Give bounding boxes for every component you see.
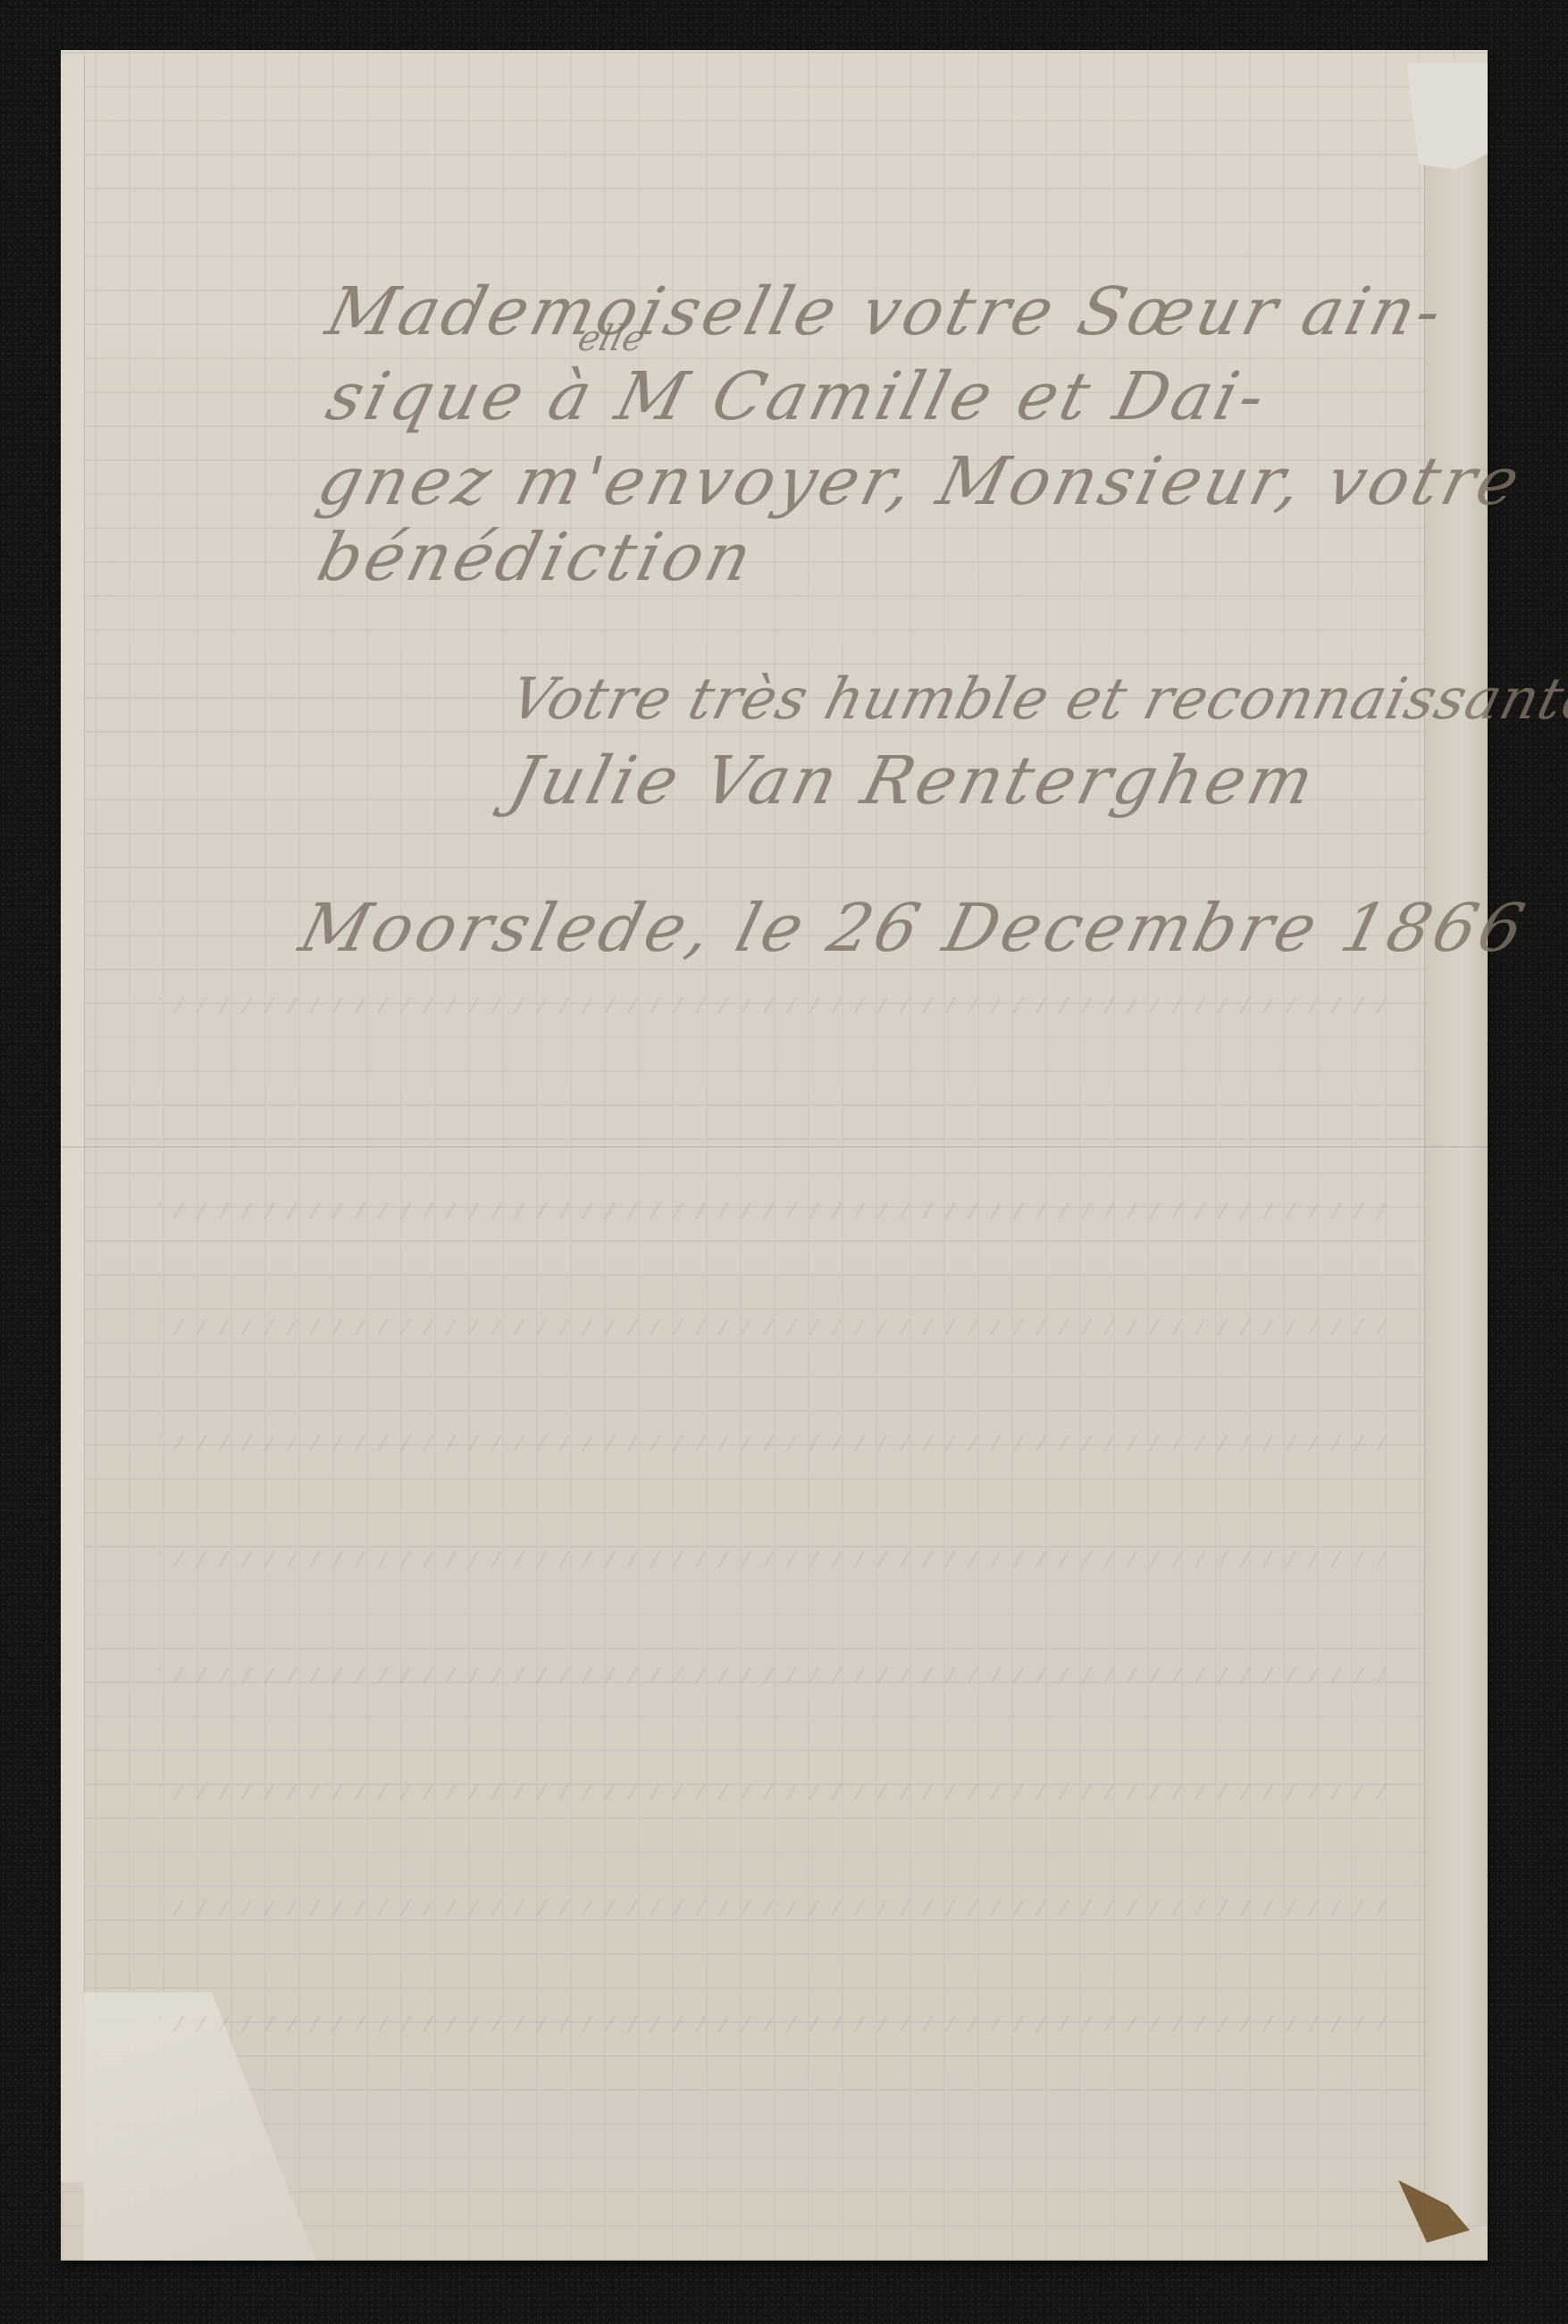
body-line-3: gnez m'envoyer, Monsieur, votre: [310, 443, 1530, 520]
place-and-date: Moorslede, le 26 Decembre 1866: [292, 890, 1535, 967]
letter-page: Mademoiselle votre Sœur ain- elle sique …: [61, 50, 1488, 2261]
superscript-elle: elle: [574, 318, 649, 359]
body-line-1: Mademoiselle votre Sœur ain-: [319, 273, 1453, 350]
signature: Julie Van Renterghem: [502, 743, 1324, 819]
handwritten-text: Mademoiselle votre Sœur ain- elle sique …: [61, 50, 1488, 2261]
body-line-2: sique à M Camille et Dai-: [319, 358, 1276, 435]
body-line-4: bénédiction: [310, 519, 762, 596]
closing-line: Votre très humble et reconnaissante: [504, 667, 1568, 733]
